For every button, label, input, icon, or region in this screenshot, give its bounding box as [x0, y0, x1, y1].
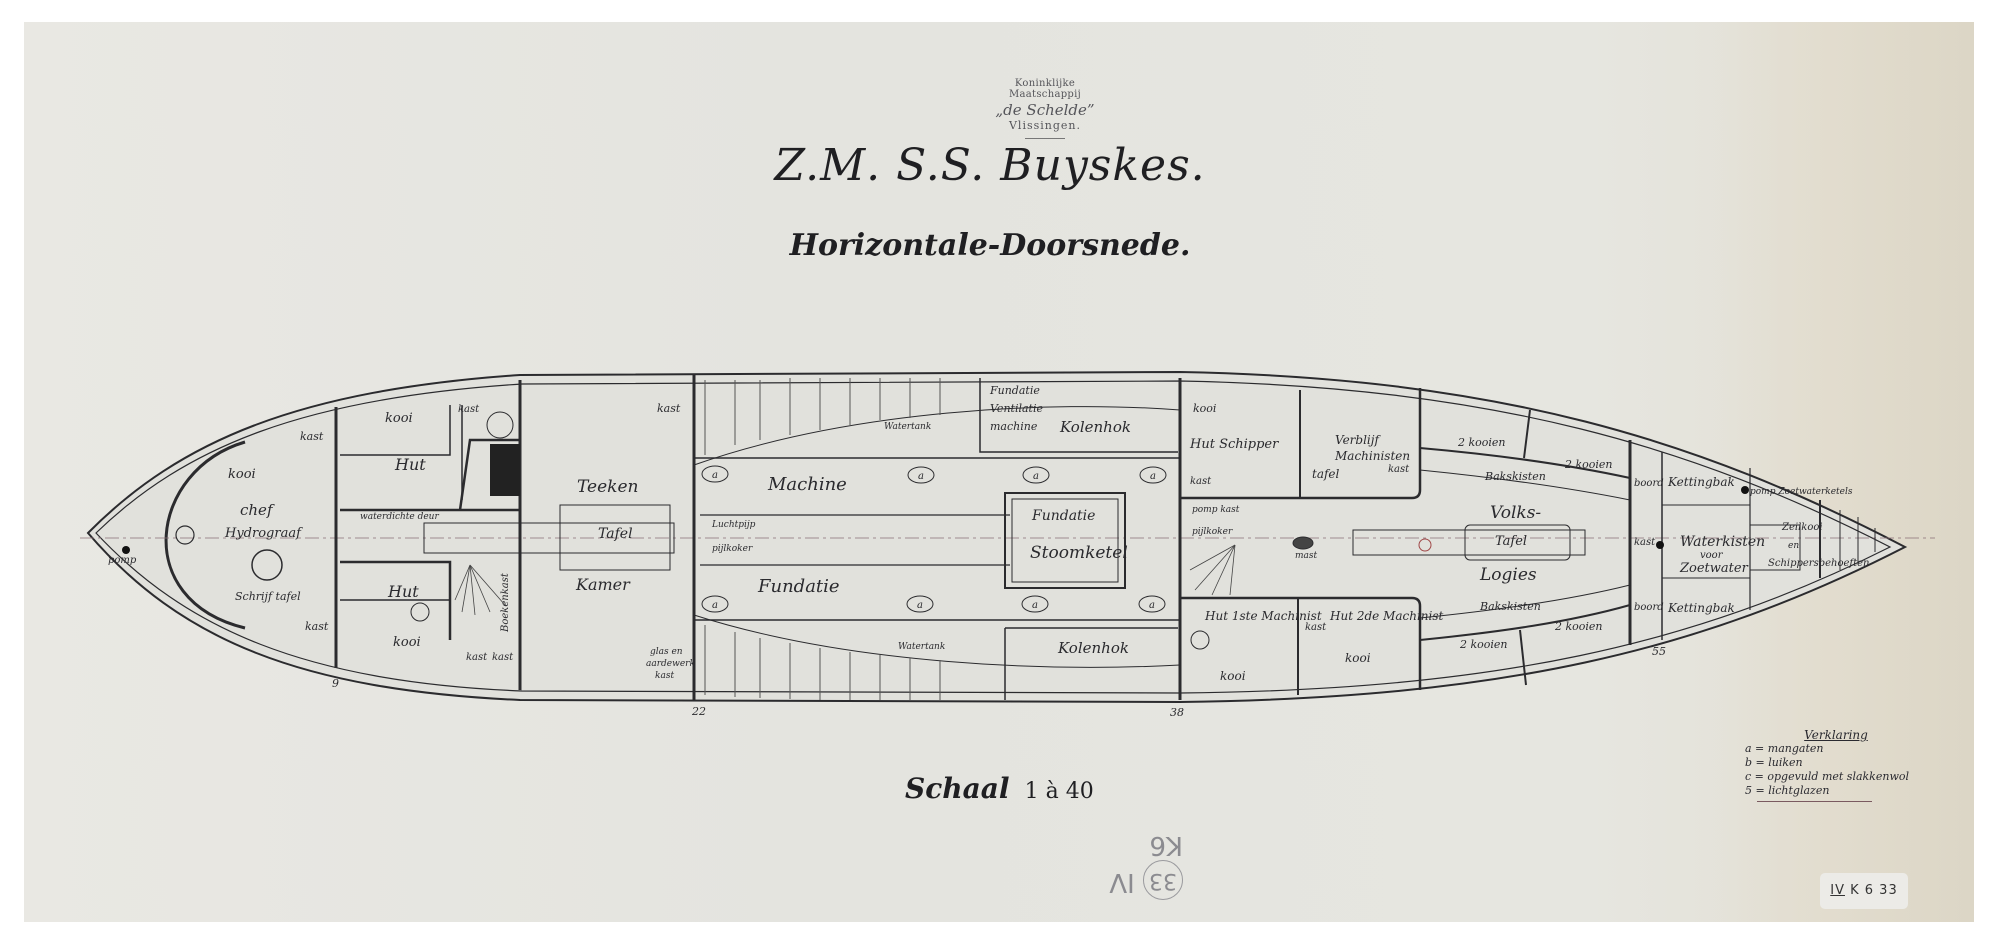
svg-text:22: 22: [691, 705, 706, 718]
svg-text:Machinisten: Machinisten: [1334, 449, 1410, 463]
svg-text:Watertank: Watertank: [884, 422, 931, 432]
legend-heading: Verklaring: [1745, 728, 1909, 742]
svg-text:kooi: kooi: [393, 635, 421, 650]
svg-text:Machine: Machine: [767, 474, 847, 495]
svg-text:Hut Schipper: Hut Schipper: [1189, 437, 1279, 452]
legend-underline: [1757, 801, 1872, 802]
svg-text:kast: kast: [492, 652, 514, 663]
svg-text:kast: kast: [300, 430, 324, 443]
svg-text:boord: boord: [1634, 602, 1664, 613]
svg-text:Kolenhok: Kolenhok: [1059, 418, 1131, 436]
svg-text:Hydrograaf: Hydrograaf: [224, 526, 303, 541]
svg-text:en: en: [1788, 541, 1799, 551]
svg-text:Teeken: Teeken: [577, 477, 638, 497]
scale-word: Schaal: [905, 772, 1010, 805]
svg-text:kast: kast: [1388, 464, 1410, 475]
pencil-archive-mark: 33 IV K6: [1068, 855, 1183, 900]
svg-text:kooi: kooi: [1345, 651, 1371, 665]
svg-text:Hut: Hut: [394, 455, 426, 474]
svg-text:kooi: kooi: [385, 411, 413, 426]
legend-item: a = mangaten: [1745, 742, 1909, 756]
svg-text:Zoetwater: Zoetwater: [1679, 561, 1749, 576]
svg-text:mast: mast: [1295, 551, 1318, 561]
svg-text:pomp Zoetwaterketels: pomp Zoetwaterketels: [1750, 487, 1853, 497]
svg-text:a: a: [918, 471, 924, 482]
svg-text:pomp kast: pomp kast: [1192, 505, 1240, 515]
label-kooi: kooi: [228, 467, 256, 482]
svg-text:Kettingbak: Kettingbak: [1667, 601, 1735, 615]
legend-item: 5 = lichtglazen: [1745, 784, 1909, 798]
svg-text:chef: chef: [240, 501, 275, 519]
grating: [490, 444, 520, 496]
svg-text:38: 38: [1170, 706, 1184, 719]
svg-text:kast: kast: [657, 402, 681, 415]
svg-text:Zeilkooi: Zeilkooi: [1781, 522, 1823, 533]
svg-text:kast: kast: [1634, 537, 1656, 548]
svg-text:Fundatie: Fundatie: [1031, 508, 1095, 524]
svg-text:aardewerk: aardewerk: [646, 659, 695, 669]
svg-text:kooi: kooi: [1220, 669, 1246, 683]
svg-text:Luchtpijp: Luchtpijp: [711, 520, 756, 530]
svg-text:a: a: [917, 600, 923, 611]
svg-text:a: a: [712, 600, 718, 611]
svg-text:a: a: [1032, 600, 1038, 611]
svg-text:kast: kast: [1305, 622, 1327, 633]
svg-text:kast: kast: [305, 620, 329, 633]
scale-ratio: 1 à 40: [1025, 779, 1094, 804]
label-pomp-aft: pomp: [108, 555, 137, 566]
legend: Verklaring a = mangaten b = luiken c = o…: [1745, 728, 1909, 802]
svg-text:Bakskisten: Bakskisten: [1479, 600, 1541, 613]
svg-text:pijlkoker: pijlkoker: [712, 544, 753, 554]
svg-text:Kamer: Kamer: [575, 575, 631, 594]
svg-text:kast: kast: [1190, 476, 1212, 487]
svg-text:waterdichte deur: waterdichte deur: [360, 512, 439, 522]
svg-text:Kolenhok: Kolenhok: [1057, 639, 1129, 657]
svg-text:Logies: Logies: [1479, 565, 1537, 585]
svg-text:Verblijf: Verblijf: [1335, 433, 1381, 447]
svg-text:Tafel: Tafel: [1495, 534, 1527, 549]
svg-text:Schippersbehoeften: Schippersbehoeften: [1768, 558, 1870, 569]
svg-text:kooi: kooi: [1193, 402, 1216, 415]
svg-text:55: 55: [1652, 645, 1666, 658]
archive-label: IV K 6 33: [1820, 873, 1908, 909]
svg-text:Tafel: Tafel: [598, 526, 633, 542]
pencil-circled-number: 33: [1143, 860, 1183, 900]
svg-text:Kettingbak: Kettingbak: [1667, 475, 1735, 489]
svg-text:Watertank: Watertank: [898, 642, 945, 652]
archive-roman: IV: [1830, 883, 1845, 898]
legend-item: c = opgevuld met slakkenwol: [1745, 770, 1909, 784]
svg-text:2 kooien: 2 kooien: [1459, 638, 1508, 651]
svg-text:Ventilatie: Ventilatie: [990, 402, 1043, 415]
legend-item: b = luiken: [1745, 756, 1909, 770]
svg-text:a: a: [1033, 471, 1039, 482]
svg-text:tafel: tafel: [1312, 467, 1340, 481]
svg-text:2 kooien: 2 kooien: [1554, 620, 1603, 633]
svg-text:Bakskisten: Bakskisten: [1484, 470, 1546, 483]
svg-text:Waterkisten: Waterkisten: [1680, 534, 1765, 550]
svg-text:pijlkoker: pijlkoker: [1192, 527, 1233, 537]
svg-text:voor: voor: [1700, 550, 1724, 561]
svg-text:9: 9: [332, 677, 339, 690]
svg-text:machine: machine: [990, 420, 1038, 433]
svg-text:2 kooien: 2 kooien: [1457, 436, 1506, 449]
svg-text:a: a: [1149, 600, 1155, 611]
svg-text:kast: kast: [466, 652, 488, 663]
svg-text:Hut 2de Machinist: Hut 2de Machinist: [1329, 609, 1444, 623]
svg-text:kast: kast: [458, 404, 480, 415]
scale-note: Schaal 1 à 40: [905, 772, 1094, 805]
svg-text:kast: kast: [655, 671, 674, 681]
svg-text:Hut: Hut: [387, 582, 419, 601]
archive-code: K 6 33: [1850, 883, 1898, 898]
svg-text:Schrijf tafel: Schrijf tafel: [235, 590, 301, 603]
svg-text:boord: boord: [1634, 478, 1664, 489]
svg-text:Fundatie: Fundatie: [989, 384, 1040, 397]
svg-text:a: a: [712, 470, 718, 481]
svg-text:2 kooien: 2 kooien: [1564, 458, 1613, 471]
svg-text:glas en: glas en: [650, 647, 683, 657]
svg-text:Boekenkast: Boekenkast: [500, 572, 511, 633]
svg-text:Stoomketel: Stoomketel: [1030, 543, 1128, 563]
svg-text:a: a: [1150, 471, 1156, 482]
svg-text:Volks-: Volks-: [1490, 503, 1541, 523]
svg-text:Fundatie: Fundatie: [757, 576, 840, 597]
svg-text:Hut 1ste Machinist: Hut 1ste Machinist: [1204, 609, 1322, 623]
